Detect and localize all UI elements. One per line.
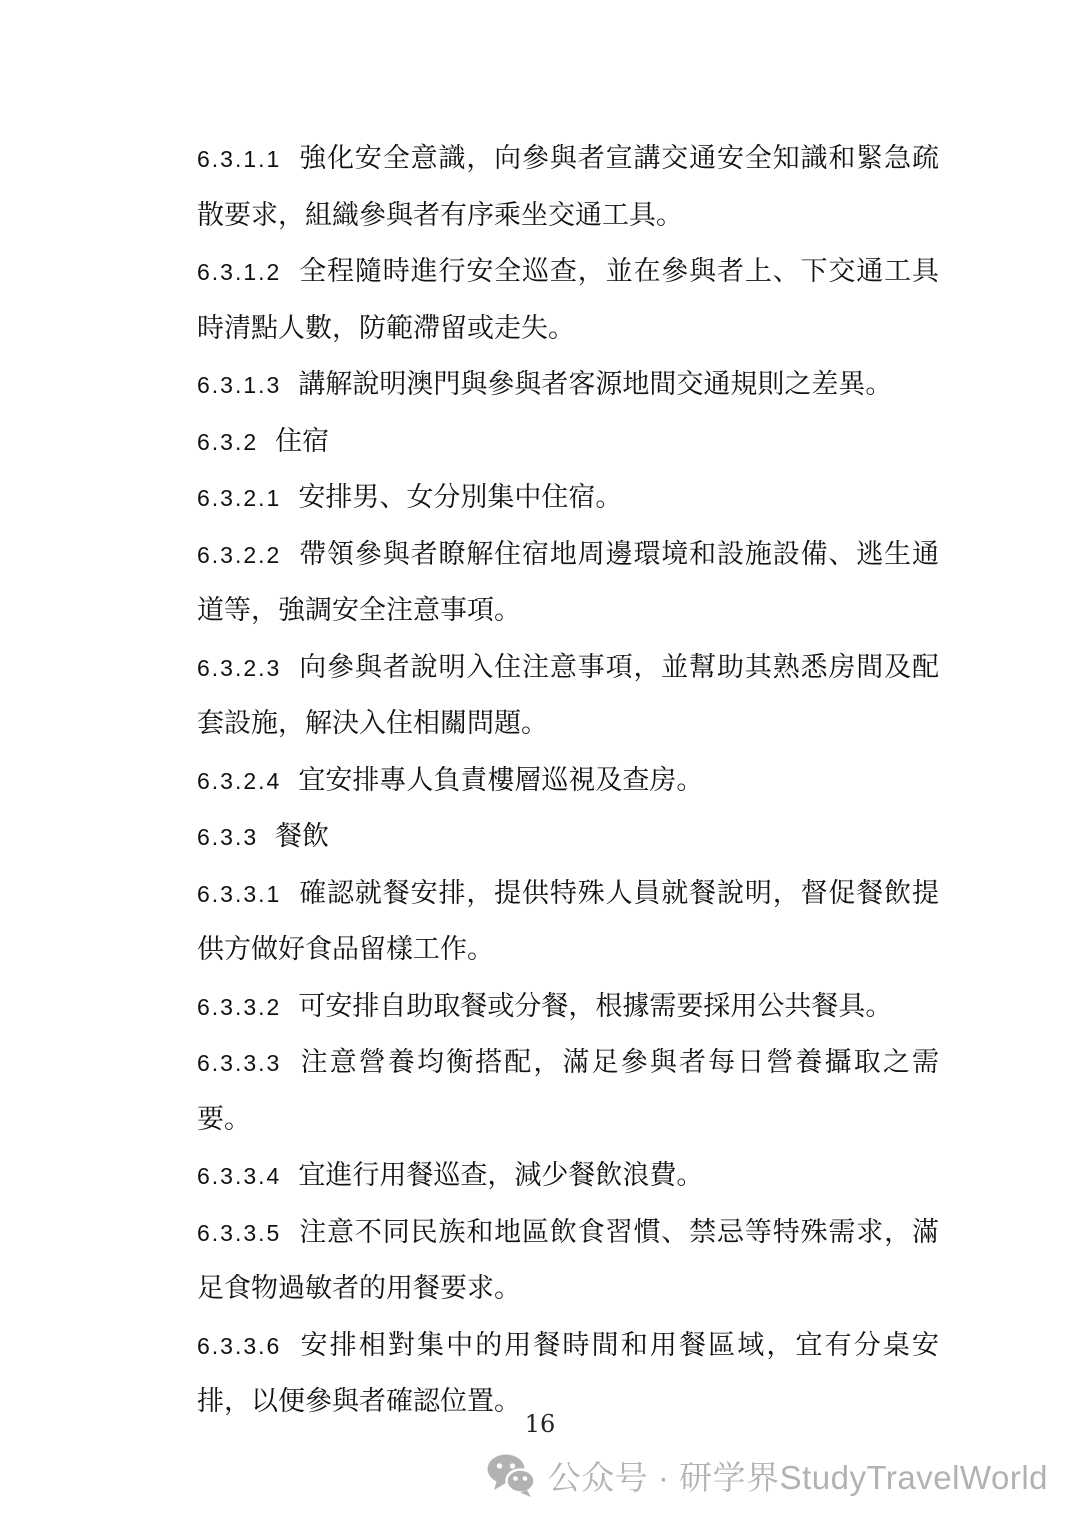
clause-text: 安排相對集中的用餐時間和用餐區域，宜有分桌安排，以便參與者確認位置。 bbox=[197, 1330, 939, 1418]
clause-text: 全程隨時進行安全巡查，並在參與者上、下交通工具時清點人數，防範滯留或走失。 bbox=[197, 256, 939, 344]
clause-text: 向參與者說明入住注意事項，並幫助其熟悉房間及配套設施，解決入住相關問題。 bbox=[197, 652, 939, 740]
watermark-text: 公众号 · 研学界StudyTravelWorld bbox=[548, 1452, 1048, 1499]
clause-number: 6.3.3.3 bbox=[197, 1050, 281, 1076]
clause-number: 6.3.1.1 bbox=[197, 146, 281, 172]
clause-text: 注意不同民族和地區飲食習慣、禁忌等特殊需求，滿足食物過敏者的用餐要求。 bbox=[197, 1217, 939, 1305]
clause-paragraph: 6.3.3.5注意不同民族和地區飲食習慣、禁忌等特殊需求，滿足食物過敏者的用餐要… bbox=[197, 1205, 939, 1318]
clause-paragraph: 6.3.1.1強化安全意識，向參與者宣講交通安全知識和緊急疏散要求，組織參與者有… bbox=[197, 131, 939, 244]
clause-number: 6.3.3.4 bbox=[197, 1163, 281, 1189]
clause-text: 可安排自助取餐或分餐，根據需要採用公共餐具。 bbox=[298, 991, 892, 1022]
clause-text: 住宿 bbox=[275, 426, 329, 457]
clause-number: 6.3.2 bbox=[197, 429, 258, 455]
clause-heading: 6.3.2住宿 bbox=[197, 414, 939, 471]
clause-number: 6.3.1.2 bbox=[197, 259, 281, 285]
clause-text: 餐飲 bbox=[275, 821, 329, 852]
watermark-footer: 公众号 · 研学界StudyTravelWorld bbox=[487, 1452, 1048, 1499]
clause-paragraph: 6.3.3.1確認就餐安排，提供特殊人員就餐說明，督促餐飲提供方做好食品留樣工作… bbox=[197, 866, 939, 979]
clause-text: 宜進行用餐巡查，減少餐飲浪費。 bbox=[298, 1160, 703, 1191]
clause-paragraph: 6.3.2.2帶領參與者瞭解住宿地周邊環境和設施設備、逃生通道等，強調安全注意事… bbox=[197, 527, 939, 640]
clause-number: 6.3.3 bbox=[197, 824, 258, 850]
clause-paragraph: 6.3.3.3注意營養均衡搭配，滿足參與者每日營養攝取之需要。 bbox=[197, 1035, 939, 1148]
clause-number: 6.3.2.1 bbox=[197, 485, 281, 511]
clause-paragraph: 6.3.1.2全程隨時進行安全巡查，並在參與者上、下交通工具時清點人數，防範滯留… bbox=[197, 244, 939, 357]
clause-number: 6.3.2.4 bbox=[197, 768, 281, 794]
clause-text: 帶領參與者瞭解住宿地周邊環境和設施設備、逃生通道等，強調安全注意事項。 bbox=[197, 539, 939, 627]
clause-number: 6.3.3.1 bbox=[197, 881, 281, 907]
document-page: 6.3.1.1強化安全意識，向參與者宣講交通安全知識和緊急疏散要求，組織參與者有… bbox=[0, 0, 1080, 1527]
wechat-icon bbox=[487, 1454, 535, 1498]
document-body: 6.3.1.1強化安全意識，向參與者宣講交通安全知識和緊急疏散要求，組織參與者有… bbox=[197, 131, 939, 1431]
clause-text: 宜安排專人負責樓層巡視及查房。 bbox=[298, 765, 703, 796]
clause-text: 強化安全意識，向參與者宣講交通安全知識和緊急疏散要求，組織參與者有序乘坐交通工具… bbox=[197, 143, 939, 231]
clause-number: 6.3.1.3 bbox=[197, 372, 281, 398]
clause-number: 6.3.3.2 bbox=[197, 994, 281, 1020]
clause-number: 6.3.3.6 bbox=[197, 1333, 281, 1359]
clause-text: 注意營養均衡搭配，滿足參與者每日營養攝取之需要。 bbox=[197, 1047, 939, 1135]
clause-heading: 6.3.3餐飲 bbox=[197, 809, 939, 866]
clause-paragraph: 6.3.2.3向參與者說明入住注意事項，並幫助其熟悉房間及配套設施，解決入住相關… bbox=[197, 640, 939, 753]
clause-paragraph: 6.3.1.3講解說明澳門與參與者客源地間交通規則之差異。 bbox=[197, 357, 939, 414]
clause-text: 確認就餐安排，提供特殊人員就餐說明，督促餐飲提供方做好食品留樣工作。 bbox=[197, 878, 939, 966]
page-number: 16 bbox=[0, 1410, 1080, 1438]
clause-text: 安排男、女分別集中住宿。 bbox=[298, 482, 622, 513]
clause-paragraph: 6.3.2.4宜安排專人負責樓層巡視及查房。 bbox=[197, 753, 939, 810]
clause-number: 6.3.3.5 bbox=[197, 1220, 281, 1246]
clause-paragraph: 6.3.3.4宜進行用餐巡查，減少餐飲浪費。 bbox=[197, 1148, 939, 1205]
clause-paragraph: 6.3.3.2可安排自助取餐或分餐，根據需要採用公共餐具。 bbox=[197, 979, 939, 1036]
clause-paragraph: 6.3.2.1安排男、女分別集中住宿。 bbox=[197, 470, 939, 527]
clause-text: 講解說明澳門與參與者客源地間交通規則之差異。 bbox=[298, 369, 892, 400]
clause-number: 6.3.2.3 bbox=[197, 655, 281, 681]
clause-number: 6.3.2.2 bbox=[197, 542, 281, 568]
